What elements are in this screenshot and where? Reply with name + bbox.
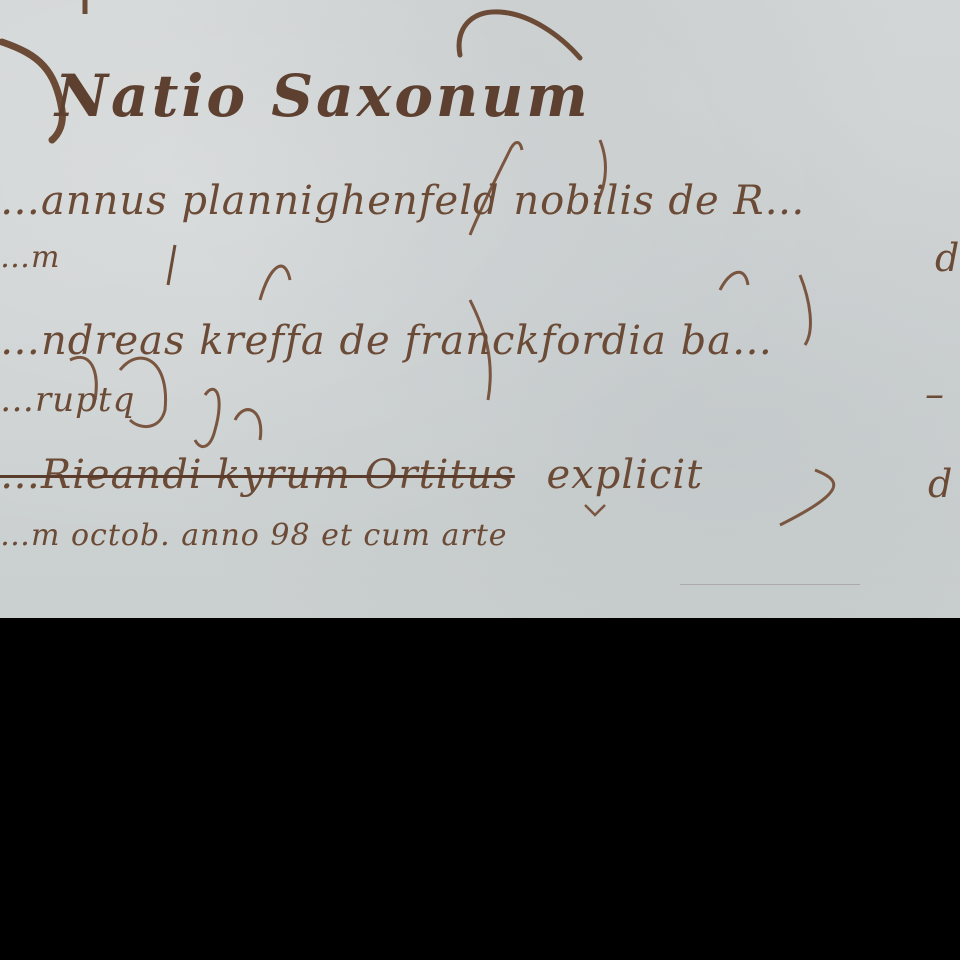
faint-rule-line — [680, 584, 860, 585]
margin-mark-3: d — [928, 462, 952, 506]
margin-mark-1: d — [935, 236, 959, 280]
manuscript-line-1: …annus plannighenfeld nobilis de R… — [0, 178, 806, 224]
line-5-continuation: explicit — [547, 452, 704, 498]
struck-through-text: …Rieandi kyrum Ortitus — [0, 452, 515, 498]
manuscript-line-3: …ndreas kreffa de franckfordia ba… — [0, 318, 773, 364]
manuscript-page: Natio Saxonum …annus plannighenfeld nobi… — [0, 0, 960, 618]
manuscript-line-5-wrap: …Rieandi kyrum Ortitus explicit — [0, 452, 703, 498]
black-padding — [0, 618, 960, 960]
manuscript-line-6: …m octob. anno 98 et cum arte — [0, 518, 508, 553]
manuscript-line-2: …m — [0, 240, 60, 275]
manuscript-heading: Natio Saxonum — [55, 62, 591, 130]
margin-mark-2: – — [925, 372, 944, 416]
manuscript-line-4: …ruptq — [0, 380, 135, 420]
